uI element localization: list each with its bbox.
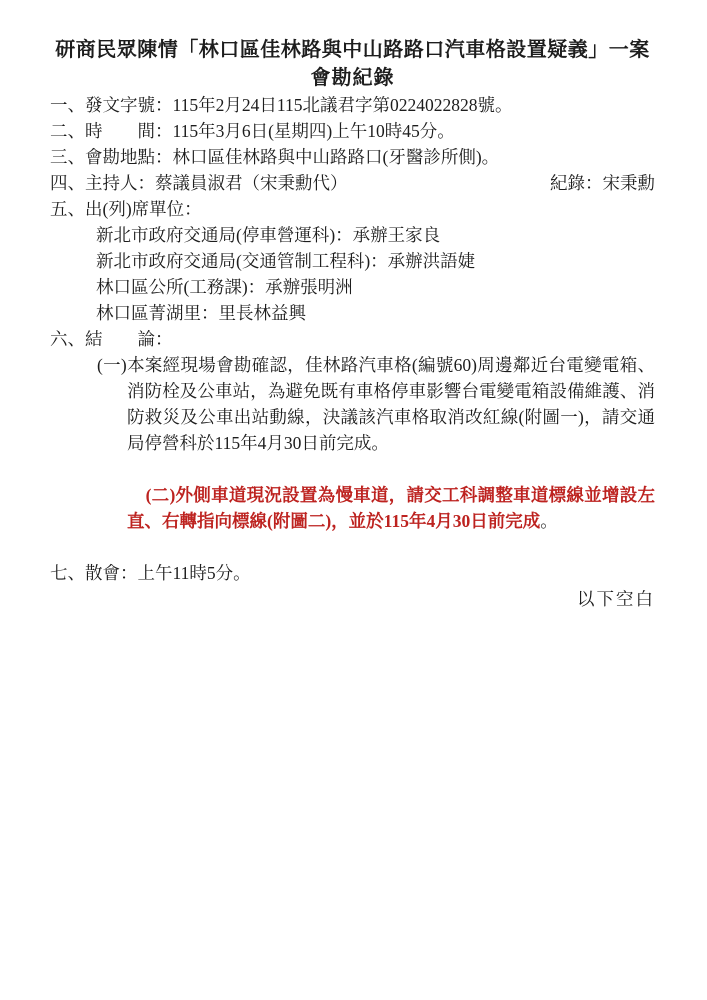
line-meeting-time: 二、時 間：115年3月6日(星期四)上午10時45分。 <box>50 118 655 144</box>
document-subtitle: 會勘紀錄 <box>50 64 655 92</box>
line-adjournment: 七、散會：上午11時5分。 <box>50 560 655 586</box>
meeting-record-document: 研商民眾陳情「林口區佳林路與中山路路口汽車格設置疑義」一案 會勘紀錄 一、發文字… <box>0 0 707 1000</box>
below-blank-note: 以下空白 <box>50 586 655 612</box>
line-conclusion-header: 六、結 論： <box>50 326 655 352</box>
conclusion-item-2-red-text: (二)外側車道現況設置為慢車道，請交工科調整車道標線並增設左直、右轉指向標線(附… <box>127 485 655 531</box>
chairperson-label: 四、主持人：蔡議員淑君（宋秉勳代） <box>50 170 348 196</box>
line-meeting-location: 三、會勘地點：林口區佳林路與中山路路口(牙醫診所側)。 <box>50 144 655 170</box>
recorder-label: 紀錄：宋秉勳 <box>550 170 655 196</box>
attendee-row-traffic-parking: 新北市政府交通局(停車營運科)：承辦王家良 <box>96 222 655 248</box>
attendee-row-traffic-engineering: 新北市政府交通局(交通管制工程科)：承辦洪語婕 <box>96 248 655 274</box>
attendee-row-village-chief: 林口區菁湖里：里長林益興 <box>96 300 655 326</box>
line-doc-number: 一、發文字號：115年2月24日115北議君字第0224022828號。 <box>50 92 655 118</box>
line-chairperson-row: 四、主持人：蔡議員淑君（宋秉勳代） 紀錄：宋秉勳 <box>50 170 655 196</box>
attendee-row-district-office: 林口區公所(工務課)：承辦張明洲 <box>96 274 655 300</box>
conclusion-item-2-period: 。 <box>540 511 558 531</box>
document-title: 研商民眾陳情「林口區佳林路與中山路路口汽車格設置疑義」一案 <box>50 36 655 64</box>
conclusion-item-2: (二)外側車道現況設置為慢車道，請交工科調整車道標線並增設左直、右轉指向標線(附… <box>97 456 655 560</box>
line-attendees-header: 五、出(列)席單位： <box>50 196 655 222</box>
conclusion-item-1: (一)本案經現場會勘確認，佳林路汽車格(編號60)周邊鄰近台電變電箱、消防栓及公… <box>97 352 655 456</box>
